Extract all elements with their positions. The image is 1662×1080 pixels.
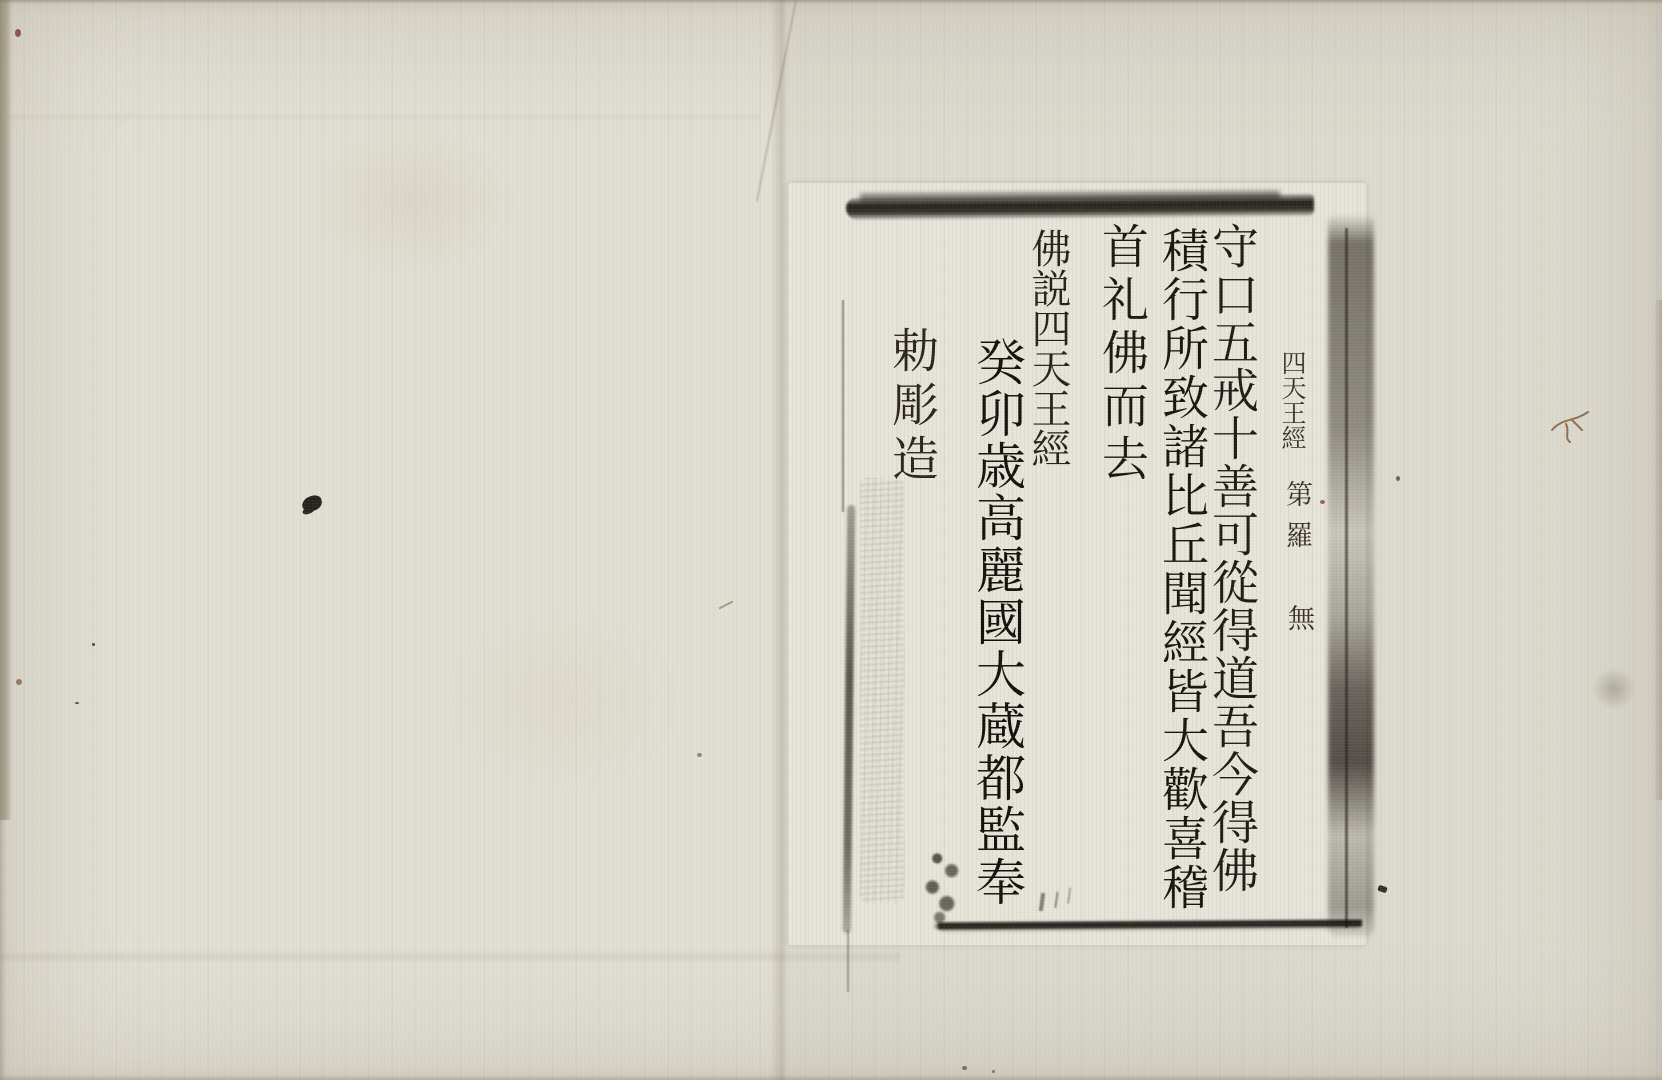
scan-edge-left-lower [0,780,6,1080]
dark-speck [697,753,702,757]
horizontal-crease [0,950,900,964]
twig-fiber-mark [1548,408,1594,448]
ink-line-left-border [842,300,844,512]
sutra-text-column-3: 首礼佛而去 [1098,222,1145,487]
margin-sutra-title: 四天王經 [1280,350,1305,450]
colophon-date-column: 癸卯歳高麗國大蔵都監奉 [972,336,1022,908]
dark-speck [1396,476,1400,481]
margin-case-mark: 無 [1285,604,1312,631]
dark-speck [962,1066,967,1070]
ink-line-right-border [1345,228,1348,928]
faint-crease-below-sheet [847,930,849,992]
center-fold-seam [770,0,788,1080]
scan-edge-top [0,0,1662,4]
dark-speck [992,1070,995,1073]
dark-speck [75,702,79,704]
woodgrain-ink-noise [860,478,904,903]
colophon-decree-column: 勅彫造 [888,326,935,488]
red-speck [1320,500,1325,504]
paper-stain [300,120,520,280]
gray-smudge [1592,668,1636,710]
sutra-text-column-1: 守口五戒十善可從得道吾今得佛 [1208,222,1255,894]
scan-edge-left [0,0,12,820]
scanned-sutra-leaf: 守口五戒十善可從得道吾今得佛 四天王經 第羅 無 積行所致諸比丘聞經皆大歡喜稽 … [0,0,1662,1080]
sutra-title-column: 佛説四天王經 [1028,228,1068,468]
margin-sheet-mark: 第羅 [1283,480,1310,562]
paper-stain [430,600,690,800]
red-brown-speck [16,679,22,685]
sutra-text-column-2: 積行所致諸比丘聞經皆大歡喜稽 [1158,226,1205,912]
dark-speck [92,643,95,646]
ink-smear-right-border [1328,214,1374,936]
scan-edge-bottom [0,1075,1662,1080]
scan-edge-right [1654,300,1662,800]
red-speck [15,29,21,37]
ink-blotch-bottom-left [918,842,966,924]
